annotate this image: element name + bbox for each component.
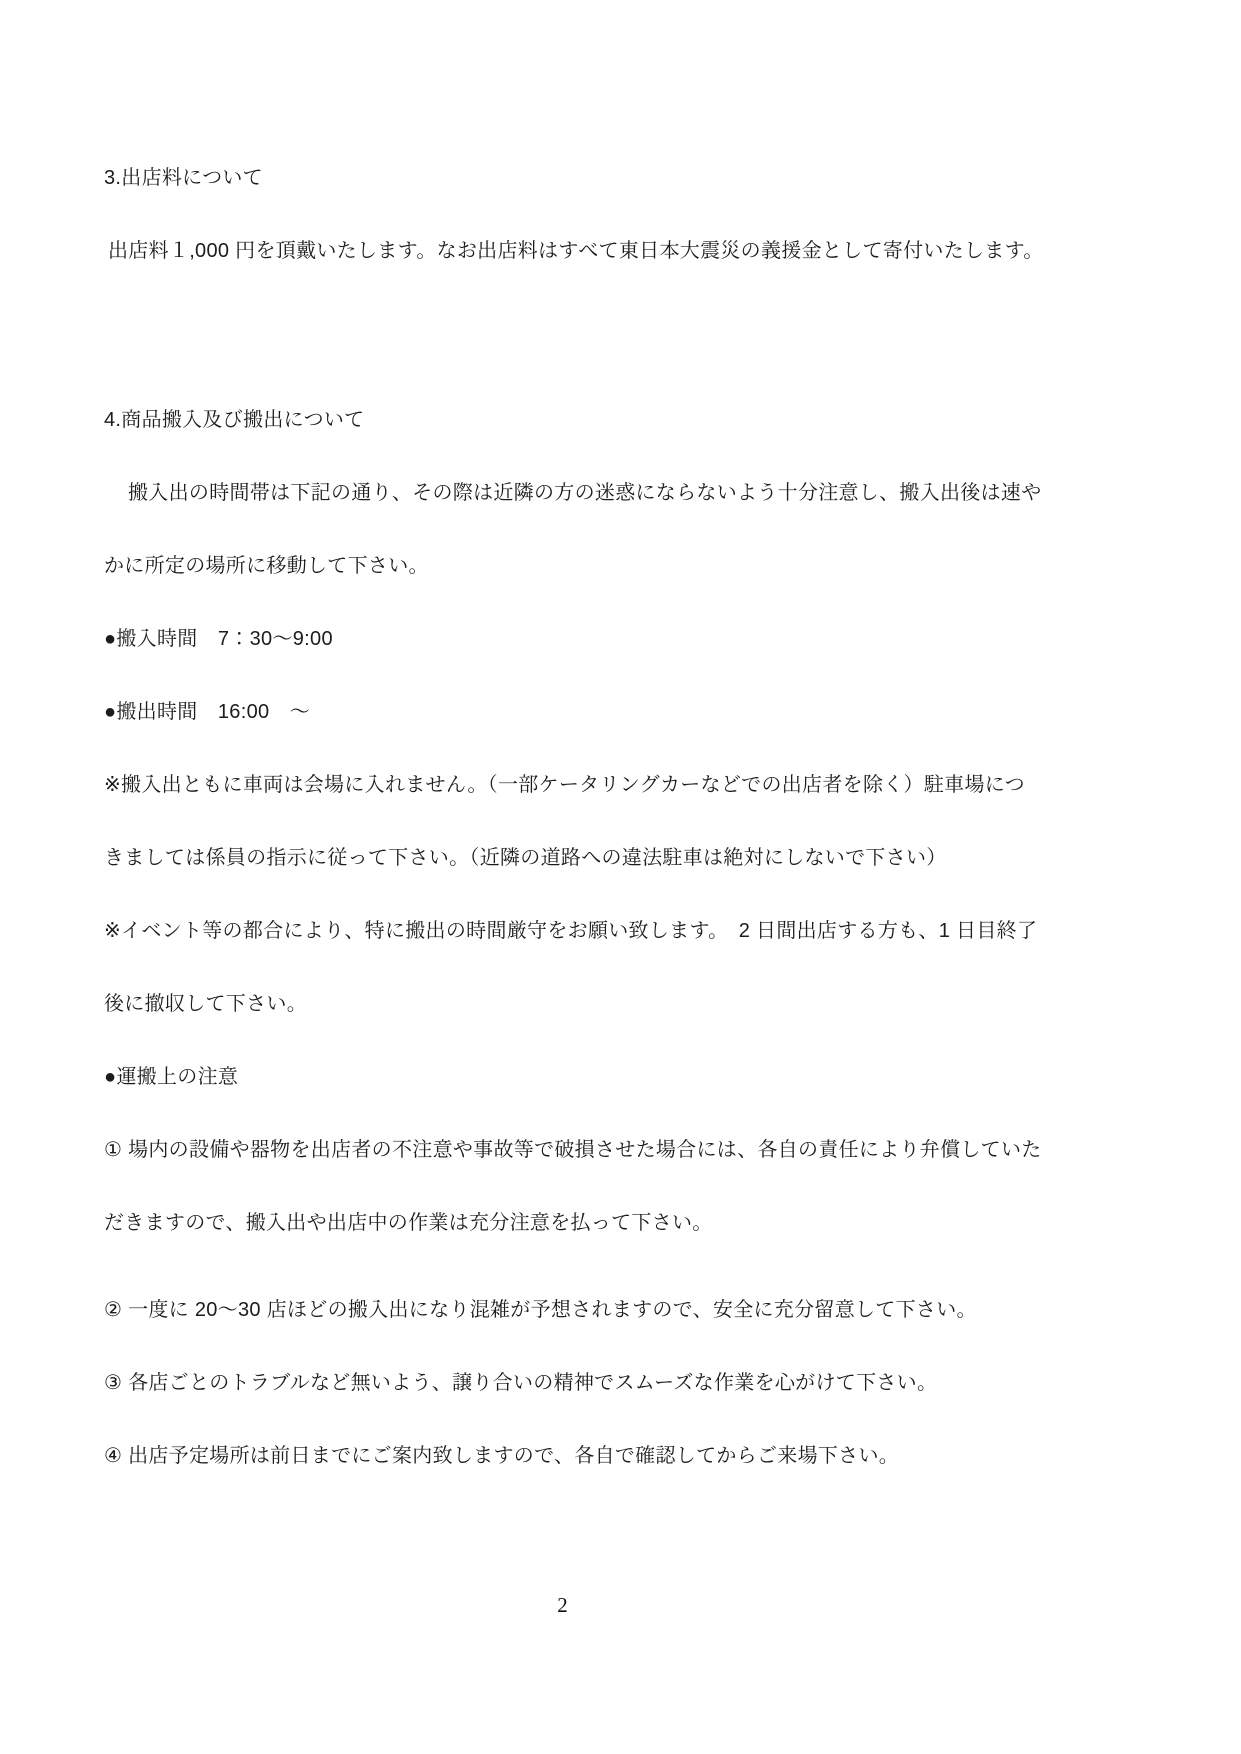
carry-out-time-line: ●搬出時間 16:00 ～ <box>104 676 1021 749</box>
document-line: ※イベント等の都合により、特に搬出の時間厳守をお願い致します。 2 日間出店する… <box>104 895 1021 968</box>
document-line: 後に撤収して下さい。 <box>104 968 1021 1041</box>
document-line: ※搬入出ともに車両は会場に入れません。（一部ケータリングカーなどでの出店者を除く… <box>104 749 1021 822</box>
document-line: かに所定の場所に移動して下さい。 <box>104 530 1021 603</box>
document-line: 出店料１,000 円を頂戴いたします。なお出店料はすべて東日本大震災の義援金とし… <box>104 215 1021 288</box>
document-line: 搬入出の時間帯は下記の通り、その際は近隣の方の迷惑にならないよう十分注意し、搬入… <box>104 457 1021 530</box>
section-4-heading: 4.商品搬入及び搬出について <box>104 384 1021 457</box>
numbered-item-4: ④ 出店予定場所は前日までにご案内致しますので、各自で確認してからご来場下さい。 <box>104 1420 1021 1493</box>
numbered-item-2: ② 一度に 20～30 店ほどの搬入出になり混雑が予想されますので、安全に充分留… <box>104 1274 1021 1347</box>
document-page: 3.出店料について 出店料１,000 円を頂戴いたします。なお出店料はすべて東日… <box>0 0 1241 1618</box>
document-line: だきますので、搬入出や出店中の作業は充分注意を払って下さい。 <box>104 1187 1021 1260</box>
page-number: 2 <box>104 1593 1021 1618</box>
transport-note-heading: ●運搬上の注意 <box>104 1041 1021 1114</box>
numbered-item-1: ① 場内の設備や器物を出店者の不注意や事故等で破損させた場合には、各自の責任によ… <box>104 1114 1021 1187</box>
document-line: きましては係員の指示に従って下さい。（近隣の道路への違法駐車は絶対にしないで下さ… <box>104 822 1021 895</box>
section-3-heading: 3.出店料について <box>104 142 1021 215</box>
numbered-item-3: ③ 各店ごとのトラブルなど無いよう、譲り合いの精神でスムーズな作業を心がけて下さ… <box>104 1347 1021 1420</box>
carry-in-time-line: ●搬入時間 7：30～9:00 <box>104 603 1021 676</box>
